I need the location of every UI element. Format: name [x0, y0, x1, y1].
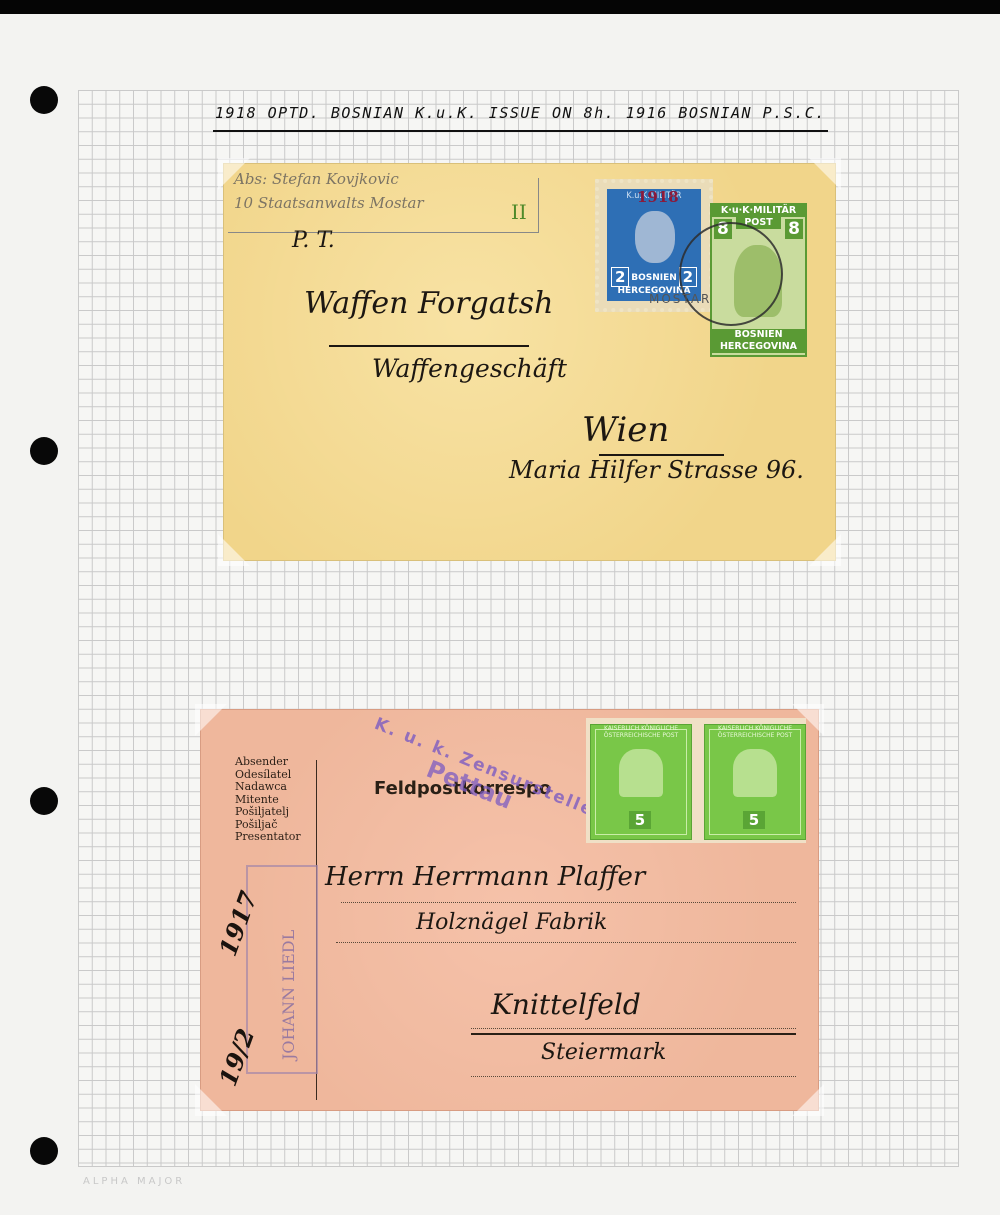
punch-hole [30, 437, 58, 465]
punch-hole [30, 86, 58, 114]
stamp-overprint: 1918 [637, 188, 679, 206]
punch-hole [30, 787, 58, 815]
address-underline [471, 1033, 796, 1035]
postmark-text: MOSTAR [649, 292, 711, 306]
address-line: Waffen Forgatsh [304, 286, 553, 321]
address-line: Wien [582, 410, 669, 450]
imprint-country: BOSNIEN [712, 329, 805, 341]
stamp-value: 5 [629, 811, 651, 829]
merchant-cachet: JOHANN LIEDL [279, 930, 298, 1060]
address-line: Waffengeschäft [372, 354, 567, 383]
scan-border [0, 0, 1000, 14]
page-brand: ALPHA MAJOR [83, 1176, 185, 1187]
heller-stamp: KAISERLICH KÖNIGLICHE ÖSTERREICHISCHE PO… [590, 724, 692, 840]
imprint-country: HERCEGOVINA [712, 341, 805, 353]
stamp-pair-5h[interactable]: KAISERLICH KÖNIGLICHE ÖSTERREICHISCHE PO… [586, 718, 806, 843]
stamp-caption: KAISERLICH KÖNIGLICHE ÖSTERREICHISCHE PO… [705, 725, 805, 739]
stamp-caption: KAISERLICH KÖNIGLICHE ÖSTERREICHISCHE PO… [591, 725, 691, 739]
address-line: Maria Hilfer Strasse 96. [509, 456, 804, 484]
portrait-icon [635, 211, 675, 263]
sender-label: Presentator [235, 831, 301, 844]
postal-card-bosnian[interactable]: Abs: Stefan Kovjkovic 10 Staatsanwalts M… [224, 164, 835, 560]
punch-hole [30, 1137, 58, 1165]
address-line: Holznägel Fabrik [416, 910, 607, 935]
title-underline [213, 130, 828, 132]
salutation: P. T. [292, 228, 335, 253]
address-line: Knittelfeld [491, 988, 641, 1021]
stamp-value: 5 [743, 811, 765, 829]
sender-mark: II [511, 200, 527, 224]
sender-label: Absender [235, 756, 301, 769]
corner-mount [809, 534, 841, 566]
sender-line: Abs: Stefan Kovjkovic [234, 170, 399, 188]
imprint-value: 8 [785, 219, 803, 239]
crown-icon [733, 749, 777, 797]
address-underline [329, 345, 529, 347]
field-post-card[interactable]: Absender Odesílatel Nadawca Mitente Poši… [201, 710, 818, 1110]
address-rule [336, 942, 796, 943]
address-rule [471, 1076, 796, 1077]
sender-label: Nadawca [235, 781, 301, 794]
heller-stamp: KAISERLICH KÖNIGLICHE ÖSTERREICHISCHE PO… [704, 724, 806, 840]
crown-icon [619, 749, 663, 797]
sender-labels: Absender Odesílatel Nadawca Mitente Poši… [235, 756, 301, 844]
address-line: Steiermark [541, 1040, 666, 1065]
sender-line: 10 Staatsanwalts Mostar [234, 194, 424, 212]
address-line: Herrn Herrmann Plaffer [325, 862, 645, 892]
address-rule [341, 902, 796, 903]
sender-label: Pošiljatelj [235, 806, 301, 819]
page-title: 1918 OPTD. BOSNIAN K.u.K. ISSUE ON 8h. 1… [215, 104, 826, 122]
address-rule [471, 1028, 796, 1029]
postmark-circle-icon [679, 222, 783, 326]
imprint-top-text: K·u·K·MILITÄR [712, 205, 805, 217]
